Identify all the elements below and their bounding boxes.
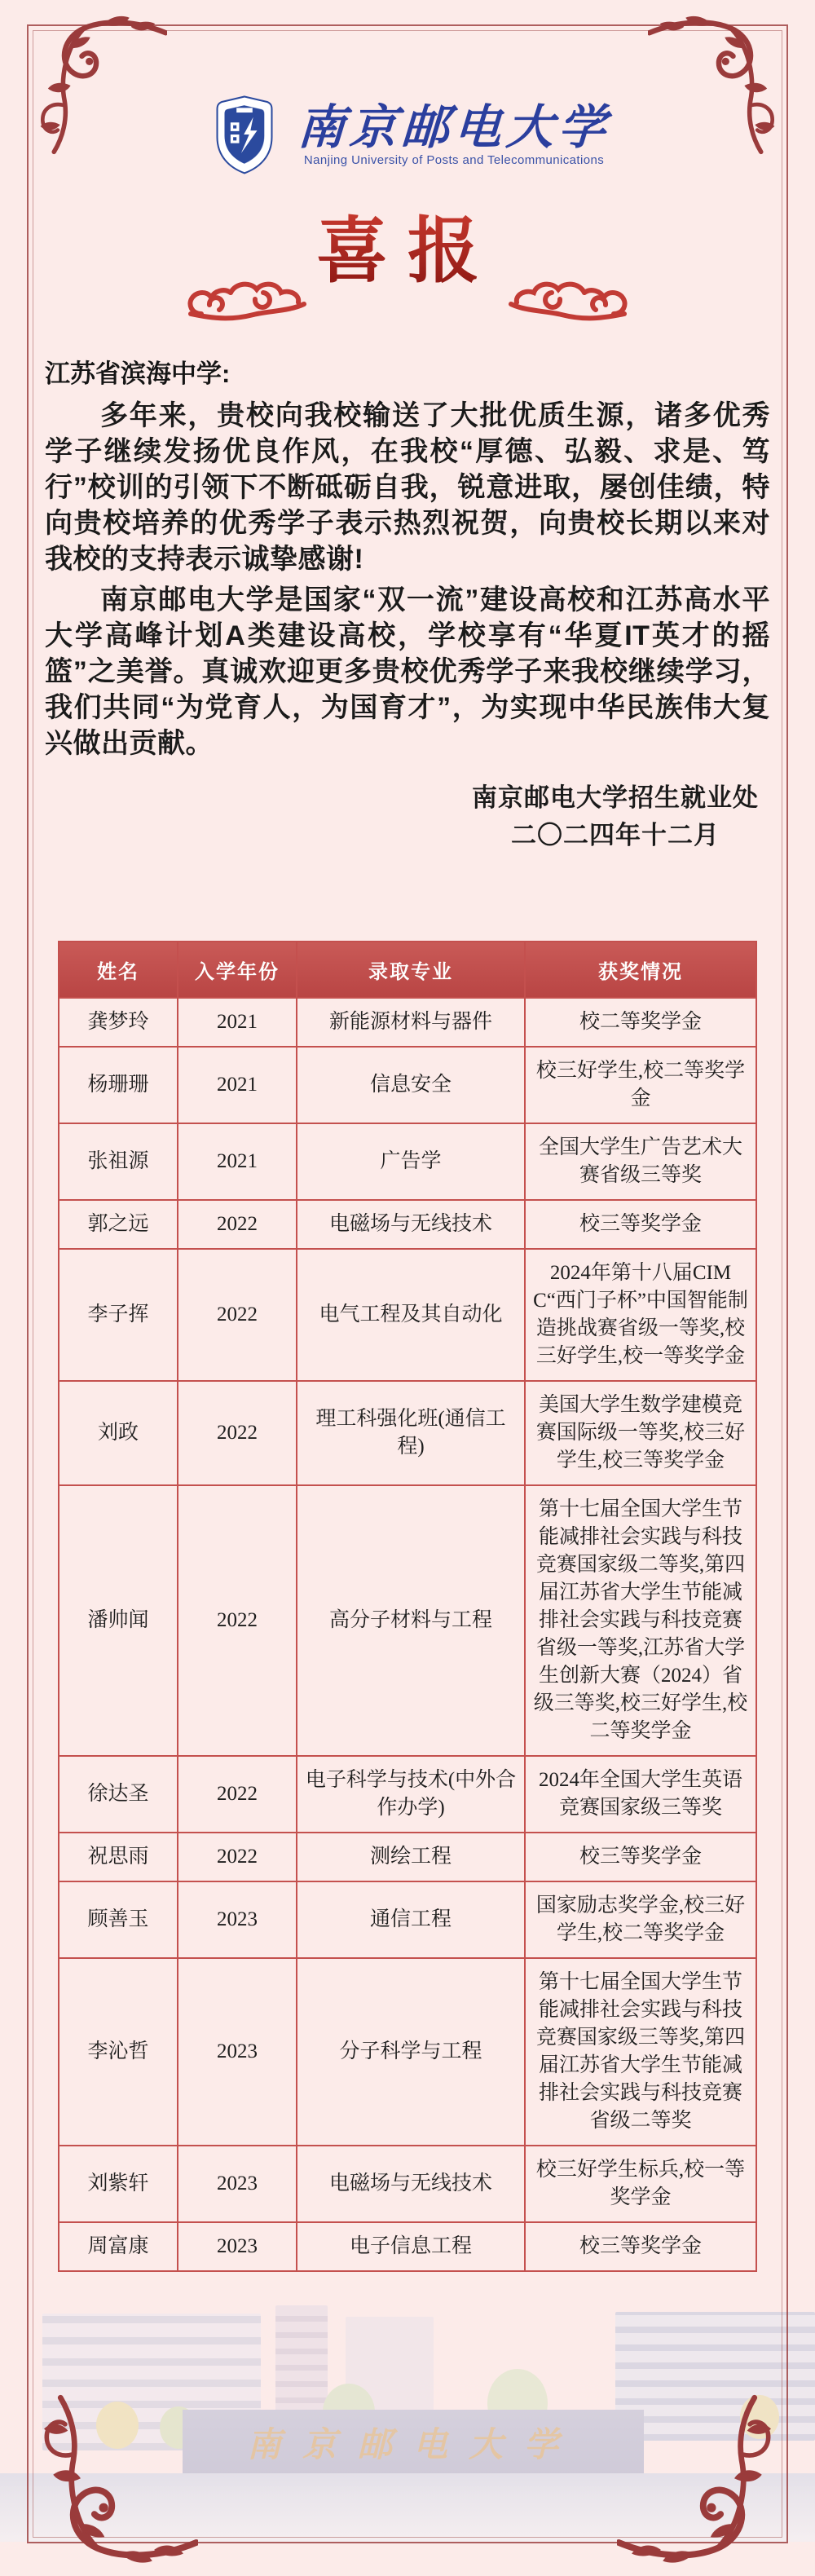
cell-enrollment-year: 2023 — [178, 1881, 297, 1958]
cell-student-name: 祝思雨 — [59, 1833, 178, 1881]
letter-paragraph: 多年来，贵校向我校输送了大批优质生源，诸多优秀学子继续发扬优良作风，在我校“厚德… — [45, 398, 770, 577]
table-row: 李沁哲2023分子科学与工程第十七届全国大学生节能减排社会实践与科技竞赛国家级三… — [59, 1958, 756, 2146]
cell-student-name: 潘帅闻 — [59, 1485, 178, 1756]
cell-admitted-major: 理工科强化班(通信工程) — [297, 1381, 525, 1485]
table-row: 徐达圣2022电子科学与技术(中外合作办学)2024年全国大学生英语竞赛国家级三… — [59, 1756, 756, 1833]
signature-department: 南京邮电大学招生就业处 — [472, 779, 759, 817]
cell-enrollment-year: 2022 — [178, 1833, 297, 1881]
cell-enrollment-year: 2023 — [178, 2146, 297, 2222]
cell-student-name: 郭之远 — [59, 1200, 178, 1249]
signature-date: 二〇二四年十二月 — [472, 817, 759, 854]
cell-enrollment-year: 2022 — [178, 1756, 297, 1833]
university-name-cn: 南京邮电大学 — [296, 103, 611, 152]
university-emblem-icon — [205, 95, 284, 174]
cell-admitted-major: 高分子材料与工程 — [297, 1485, 525, 1756]
cell-admitted-major: 电子信息工程 — [297, 2222, 525, 2271]
cell-admitted-major: 测绘工程 — [297, 1833, 525, 1881]
university-logo: 南京邮电大学 Nanjing University of Posts and T… — [45, 95, 770, 174]
cell-student-name: 周富康 — [59, 2222, 178, 2271]
cell-awards: 国家励志奖学金,校三好学生,校二等奖学金 — [525, 1881, 756, 1958]
salutation: 江苏省滨海中学: — [45, 355, 770, 393]
cell-awards: 校三好学生标兵,校一等奖学金 — [525, 2146, 756, 2222]
cell-enrollment-year: 2022 — [178, 1381, 297, 1485]
cell-enrollment-year: 2023 — [178, 2222, 297, 2271]
cell-admitted-major: 新能源材料与器件 — [297, 998, 525, 1047]
banner: 喜报 — [45, 210, 770, 320]
signature-block: 南京邮电大学招生就业处 二〇二四年十二月 — [45, 779, 770, 854]
table-row: 龚梦玲2021新能源材料与器件校二等奖学金 — [59, 998, 756, 1047]
table-row: 李子挥2022电气工程及其自动化2024年第十八届CIMC“西门子杯”中国智能制… — [59, 1249, 756, 1381]
banner-title-text: 喜报 — [316, 210, 499, 291]
cell-awards: 校三等奖学金 — [525, 2222, 756, 2271]
cell-awards: 第十七届全国大学生节能减排社会实践与科技竞赛国家级三等奖,第四届江苏省大学生节能… — [525, 1958, 756, 2146]
cell-student-name: 龚梦玲 — [59, 998, 178, 1047]
cell-enrollment-year: 2021 — [178, 998, 297, 1047]
cell-student-name: 李沁哲 — [59, 1958, 178, 2146]
cloud-ornament-icon — [185, 272, 307, 323]
cell-admitted-major: 电磁场与无线技术 — [297, 1200, 525, 1249]
cell-student-name: 李子挥 — [59, 1249, 178, 1381]
cell-student-name: 杨珊珊 — [59, 1047, 178, 1123]
cell-student-name: 刘政 — [59, 1381, 178, 1485]
cell-enrollment-year: 2023 — [178, 1958, 297, 2146]
table-row: 周富康2023电子信息工程校三等奖学金 — [59, 2222, 756, 2271]
cell-student-name: 张祖源 — [59, 1123, 178, 1200]
cell-student-name: 刘紫轩 — [59, 2146, 178, 2222]
cell-enrollment-year: 2021 — [178, 1047, 297, 1123]
column-header: 获奖情况 — [525, 942, 756, 998]
cell-awards: 2024年全国大学生英语竞赛国家级三等奖 — [525, 1756, 756, 1833]
column-header: 姓名 — [59, 942, 178, 998]
awards-table: 姓名入学年份录取专业获奖情况 龚梦玲2021新能源材料与器件校二等奖学金杨珊珊2… — [58, 941, 757, 2272]
cell-admitted-major: 电磁场与无线技术 — [297, 2146, 525, 2222]
table-row: 杨珊珊2021信息安全校三好学生,校二等奖学金 — [59, 1047, 756, 1123]
cell-admitted-major: 分子科学与工程 — [297, 1958, 525, 2146]
table-row: 祝思雨2022测绘工程校三等奖学金 — [59, 1833, 756, 1881]
cell-awards: 美国大学生数学建模竞赛国际级一等奖,校三好学生,校三等奖学金 — [525, 1381, 756, 1485]
cell-admitted-major: 电气工程及其自动化 — [297, 1249, 525, 1381]
cell-admitted-major: 广告学 — [297, 1123, 525, 1200]
table-row: 顾善玉2023通信工程国家励志奖学金,校三好学生,校二等奖学金 — [59, 1881, 756, 1958]
cell-awards: 第十七届全国大学生节能减排社会实践与科技竞赛国家级二等奖,第四届江苏省大学生节能… — [525, 1485, 756, 1756]
cell-student-name: 顾善玉 — [59, 1881, 178, 1958]
cell-enrollment-year: 2022 — [178, 1200, 297, 1249]
cell-admitted-major: 电子科学与技术(中外合作办学) — [297, 1756, 525, 1833]
cell-awards: 校三好学生,校二等奖学金 — [525, 1047, 756, 1123]
university-name-block: 南京邮电大学 Nanjing University of Posts and T… — [297, 103, 610, 167]
table-header-row: 姓名入学年份录取专业获奖情况 — [59, 942, 756, 998]
cell-awards: 2024年第十八届CIMC“西门子杯”中国智能制造挑战赛省级一等奖,校三好学生,… — [525, 1249, 756, 1381]
cell-awards: 校三等奖学金 — [525, 1200, 756, 1249]
certificate-content: 南京邮电大学 Nanjing University of Posts and T… — [0, 0, 815, 2576]
cell-enrollment-year: 2022 — [178, 1249, 297, 1381]
cell-admitted-major: 通信工程 — [297, 1881, 525, 1958]
cell-awards: 全国大学生广告艺术大赛省级三等奖 — [525, 1123, 756, 1200]
university-name-en: Nanjing University of Posts and Telecomm… — [304, 153, 604, 167]
cell-enrollment-year: 2022 — [178, 1485, 297, 1756]
column-header: 录取专业 — [297, 942, 525, 998]
cell-awards: 校二等奖学金 — [525, 998, 756, 1047]
table-row: 郭之远2022电磁场与无线技术校三等奖学金 — [59, 1200, 756, 1249]
cell-enrollment-year: 2021 — [178, 1123, 297, 1200]
column-header: 入学年份 — [178, 942, 297, 998]
cell-student-name: 徐达圣 — [59, 1756, 178, 1833]
cell-awards: 校三等奖学金 — [525, 1833, 756, 1881]
table-row: 刘政2022理工科强化班(通信工程)美国大学生数学建模竞赛国际级一等奖,校三好学… — [59, 1381, 756, 1485]
cell-admitted-major: 信息安全 — [297, 1047, 525, 1123]
table-row: 潘帅闻2022高分子材料与工程第十七届全国大学生节能减排社会实践与科技竞赛国家级… — [59, 1485, 756, 1756]
letter-paragraph: 南京邮电大学是国家“双一流”建设高校和江苏高水平大学高峰计划A类建设高校，学校享… — [45, 582, 770, 761]
table-row: 刘紫轩2023电磁场与无线技术校三好学生标兵,校一等奖学金 — [59, 2146, 756, 2222]
cloud-ornament-icon — [508, 272, 630, 323]
table-row: 张祖源2021广告学全国大学生广告艺术大赛省级三等奖 — [59, 1123, 756, 1200]
banner-title: 喜报 — [281, 210, 534, 292]
